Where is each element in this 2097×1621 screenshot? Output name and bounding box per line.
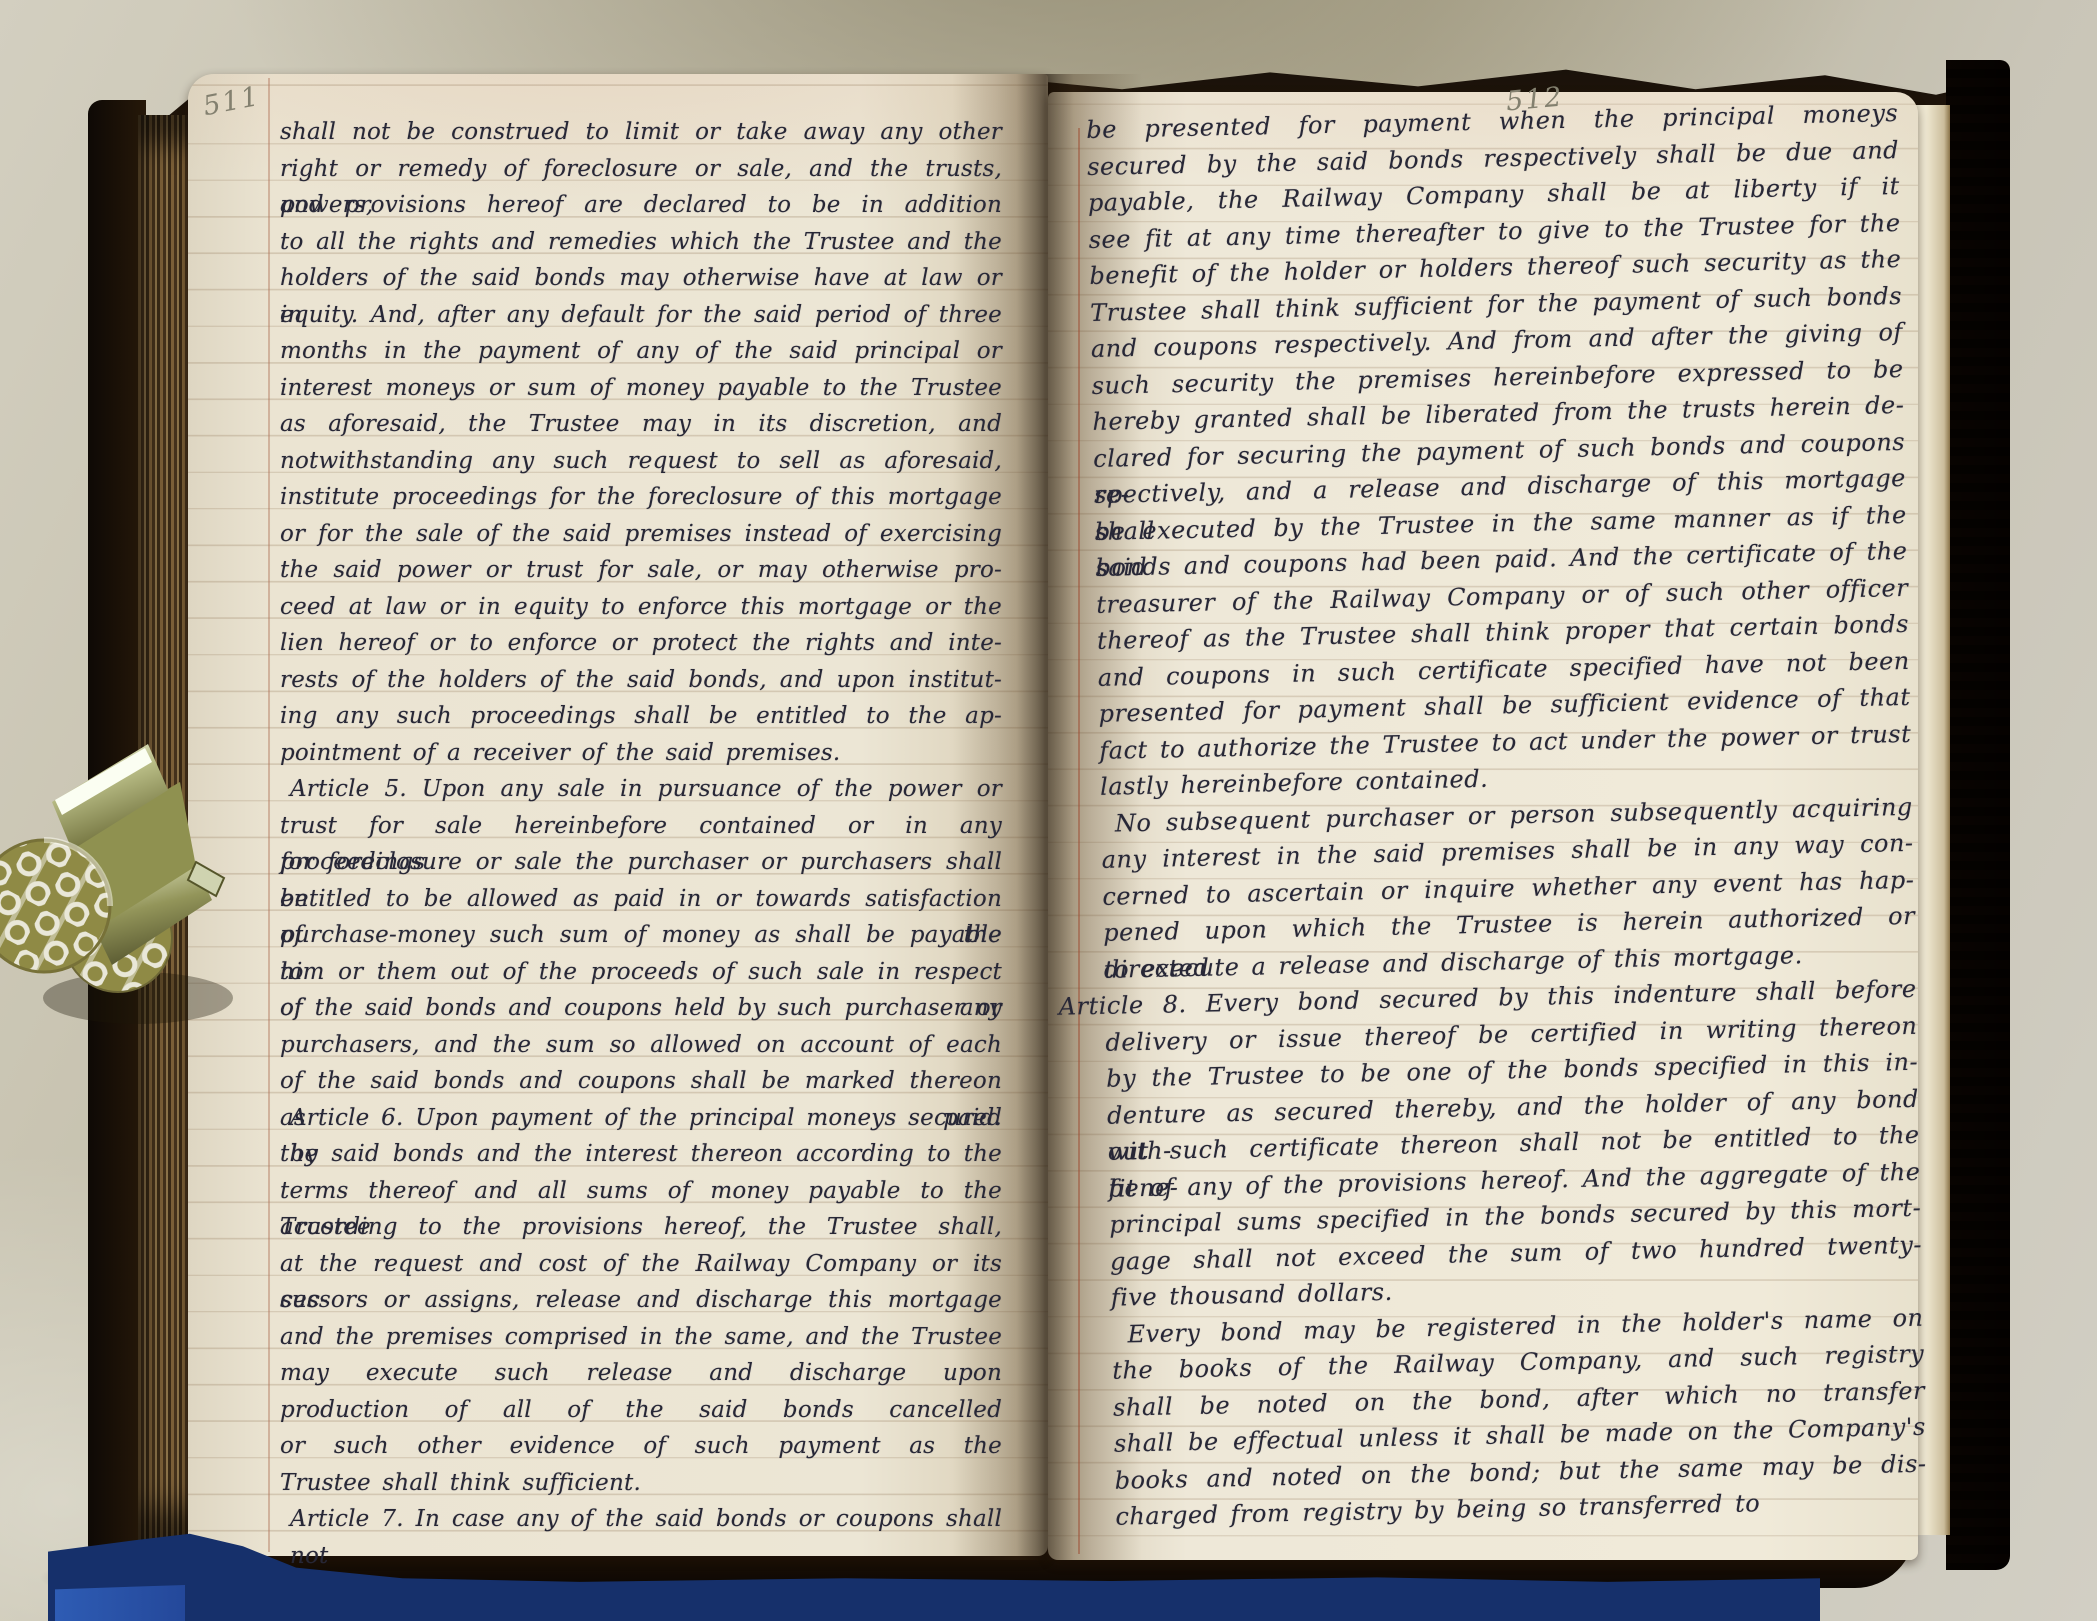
blue-tape-corner-piece <box>55 1585 185 1621</box>
handwritten-line: Article 6. Upon payment of the principal… <box>290 1100 1002 1137</box>
handwritten-line: as aforesaid, the Trustee may in its dis… <box>280 406 1002 443</box>
handwritten-line: and the premises comprised in the same, … <box>280 1319 1002 1356</box>
handwritten-line: institute proceedings for the foreclosur… <box>280 479 1002 516</box>
handwritten-line: the said bonds and the interest thereon … <box>280 1136 1002 1173</box>
handwritten-line: notwithstanding any such request to sell… <box>280 443 1002 480</box>
handwritten-line: of the said bonds and coupons held by su… <box>280 990 1002 1027</box>
left-page-margin-rule <box>268 78 270 1552</box>
handwritten-line: the said power or trust for sale, or may… <box>280 552 1002 589</box>
handwritten-line: terms thereof and all sums of money paya… <box>280 1173 1002 1210</box>
handwritten-line: trust for sale hereinbefore contained or… <box>280 808 1002 845</box>
handwritten-line: at the request and cost of the Railway C… <box>280 1246 1002 1283</box>
handwritten-line: shall not be construed to limit or take … <box>280 114 1002 151</box>
handwritten-line: him or them out of the proceeds of such … <box>280 954 1002 991</box>
handwritten-line: Trustee shall think sufficient. <box>280 1465 1002 1502</box>
handwritten-line: lien hereof or to enforce or protect the… <box>280 625 1002 662</box>
handwritten-line: cessors or assigns, release and discharg… <box>280 1282 1002 1319</box>
right-page-handwriting: be presented for payment when the princi… <box>1086 95 1928 1535</box>
handwritten-line: of the said bonds and coupons shall be m… <box>280 1063 1002 1100</box>
handwritten-line: ing any such proceedings shall be entitl… <box>280 698 1002 735</box>
handwritten-line: pointment of a receiver of the said prem… <box>280 735 1002 772</box>
handwritten-line: Article 7. In case any of the said bonds… <box>290 1501 1002 1538</box>
handwritten-line: ceed at law or in equity to enforce this… <box>280 589 1002 626</box>
handwritten-line: entitled to be allowed as paid in or tow… <box>280 881 1002 918</box>
handwritten-line: purchase-money such sum of money as shal… <box>280 917 1002 954</box>
handwritten-line: rests of the holders of the said bonds, … <box>280 662 1002 699</box>
handwritten-line: purchasers, and the sum so allowed on ac… <box>280 1027 1002 1064</box>
handwritten-line: equity. And, after any default for the s… <box>280 297 1002 334</box>
handwritten-line: according to the provisions hereof, the … <box>280 1209 1002 1246</box>
handwritten-line: months in the payment of any of the said… <box>280 333 1002 370</box>
photo-of-open-ledger: 511 512 shall not be construed to limit … <box>0 0 2097 1621</box>
handwritten-line: production of all of the said bonds canc… <box>280 1392 1002 1429</box>
handwritten-line: or for the sale of the said premises ins… <box>280 516 1002 553</box>
handwritten-line: may execute such release and discharge u… <box>280 1355 1002 1392</box>
right-page-margin-rule <box>1078 128 1080 1554</box>
handwritten-line: Article 5. Upon any sale in pursuance of… <box>290 771 1002 808</box>
handwritten-line: right or remedy of foreclosure or sale, … <box>280 151 1002 188</box>
left-page-handwriting: shall not be construed to limit or take … <box>280 114 1002 1538</box>
handwritten-line: for foreclosure or sale the purchaser or… <box>280 844 1002 881</box>
binder-clip <box>0 730 248 1090</box>
handwritten-line: holders of the said bonds may otherwise … <box>280 260 1002 297</box>
handwritten-line: to all the rights and remedies which the… <box>280 224 1002 261</box>
handwritten-line: and provisions hereof are declared to be… <box>280 187 1002 224</box>
book-right-cover <box>1946 60 2010 1570</box>
handwritten-line: or such other evidence of such payment a… <box>280 1428 1002 1465</box>
handwritten-line: interest moneys or sum of money payable … <box>280 370 1002 407</box>
